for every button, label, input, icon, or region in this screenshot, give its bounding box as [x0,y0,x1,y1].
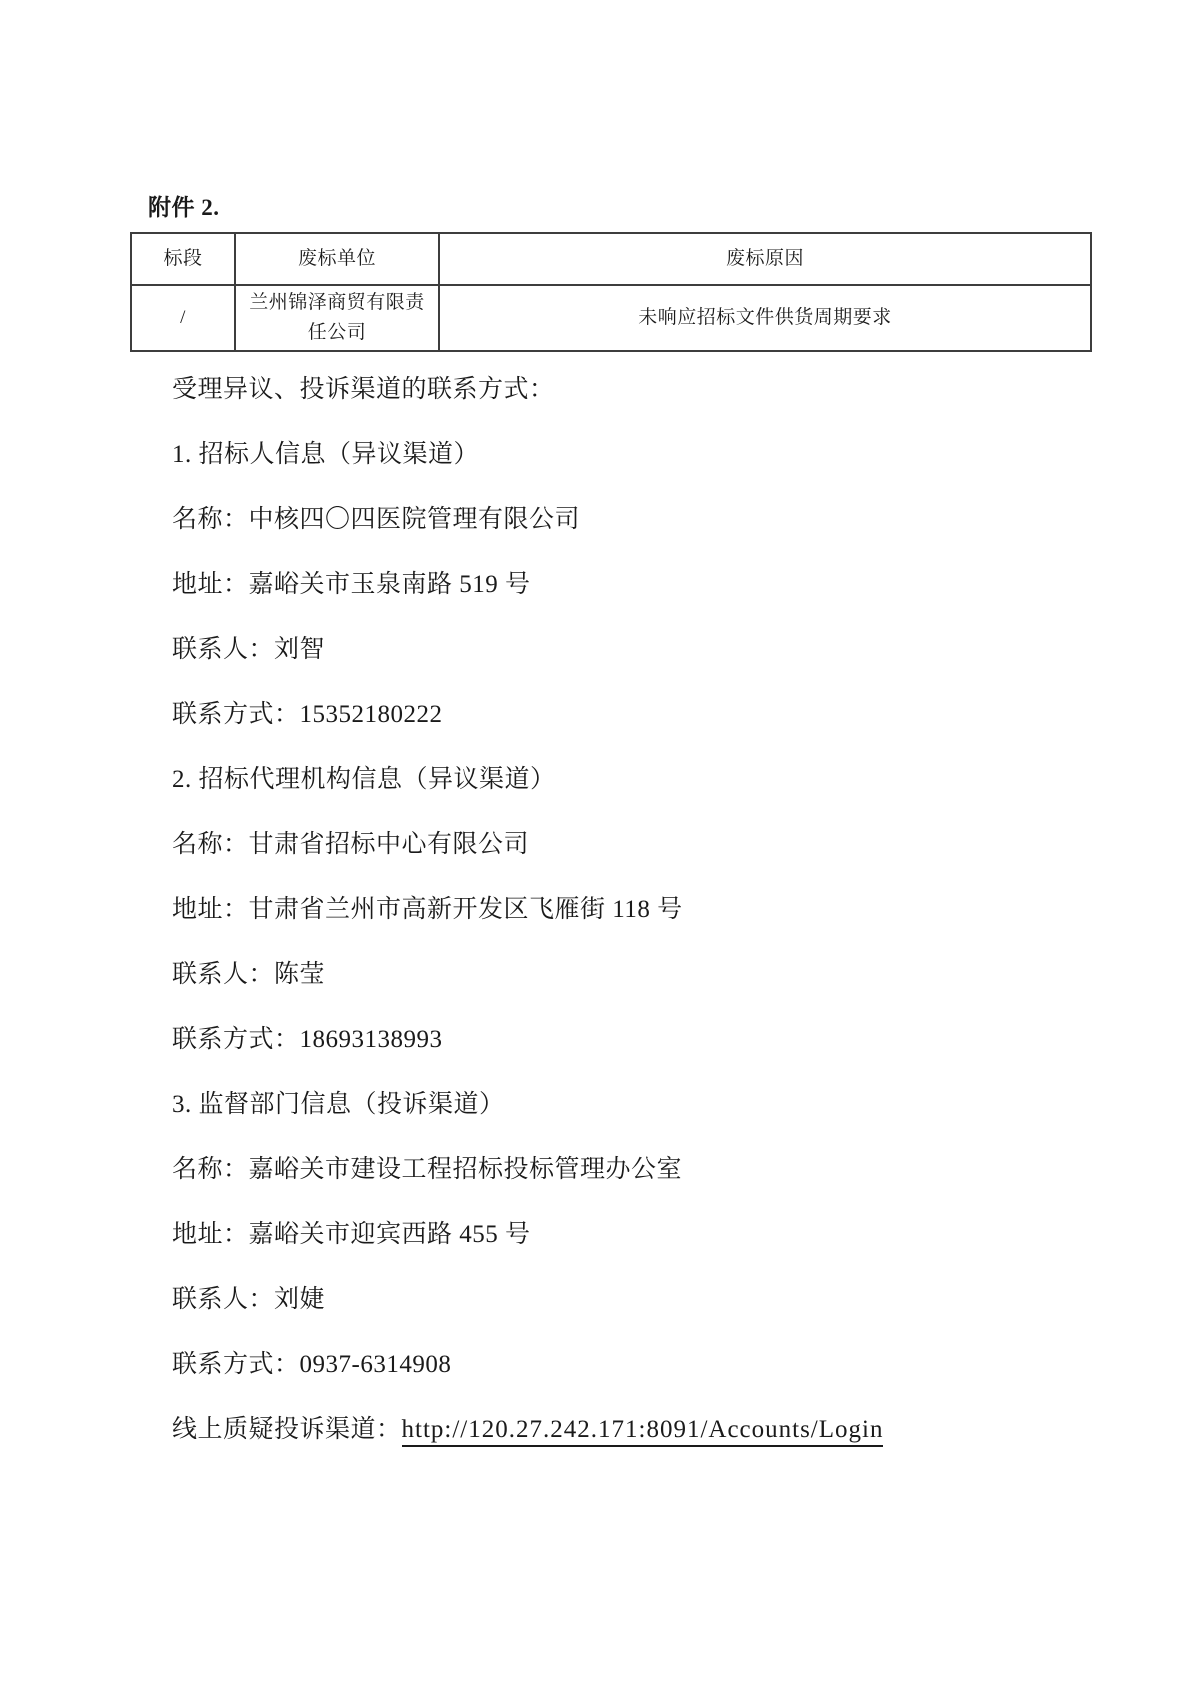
section-2-title: 2. 招标代理机构信息（异议渠道） [172,747,883,812]
section-1-address: 地址：嘉峪关市玉泉南路 519 号 [172,552,883,617]
section-2-name: 名称：甘肃省招标中心有限公司 [172,812,883,877]
table-cell-company: 兰州锦泽商贸有限责任公司 [235,285,439,351]
online-channel-url-link[interactable]: http://120.27.242.171:8091/Accounts/Logi… [402,1416,884,1447]
table-header-row: 标段 废标单位 废标原因 [131,233,1091,285]
section-1-title: 1. 招标人信息（异议渠道） [172,422,883,487]
table-cell-section: / [131,285,235,351]
section-2-phone: 联系方式：18693138993 [172,1007,883,1072]
section-3-address: 地址：嘉峪关市迎宾西路 455 号 [172,1202,883,1267]
section-2-contact: 联系人：陈莹 [172,942,883,1007]
attachment-label: 附件 2. [148,189,220,222]
table-header-section: 标段 [131,233,235,285]
section-1-contact: 联系人：刘智 [172,617,883,682]
section-1-name: 名称：中核四〇四医院管理有限公司 [172,487,883,552]
table-header-reason: 废标原因 [439,233,1091,285]
table-header-company: 废标单位 [235,233,439,285]
online-channel-label: 线上质疑投诉渠道： [172,1416,402,1443]
document-page: 附件 2. 标段 废标单位 废标原因 / 兰州锦泽商贸有限责任公司 未响应招标文… [0,0,1191,1684]
section-3-title: 3. 监督部门信息（投诉渠道） [172,1072,883,1137]
complaint-channels-intro: 受理异议、投诉渠道的联系方式： [172,357,883,422]
table-cell-reason: 未响应招标文件供货周期要求 [439,285,1091,351]
rejection-table: 标段 废标单位 废标原因 / 兰州锦泽商贸有限责任公司 未响应招标文件供货周期要… [130,232,1092,352]
contact-info-content: 受理异议、投诉渠道的联系方式： 1. 招标人信息（异议渠道） 名称：中核四〇四医… [172,357,883,1462]
section-3-name: 名称：嘉峪关市建设工程招标投标管理办公室 [172,1137,883,1202]
section-3-phone: 联系方式：0937-6314908 [172,1332,883,1397]
section-2-address: 地址：甘肃省兰州市高新开发区飞雁街 118 号 [172,877,883,942]
table-row: / 兰州锦泽商贸有限责任公司 未响应招标文件供货周期要求 [131,285,1091,351]
online-channel-line: 线上质疑投诉渠道：http://120.27.242.171:8091/Acco… [172,1397,883,1462]
section-3-contact: 联系人：刘婕 [172,1267,883,1332]
section-1-phone: 联系方式：15352180222 [172,682,883,747]
